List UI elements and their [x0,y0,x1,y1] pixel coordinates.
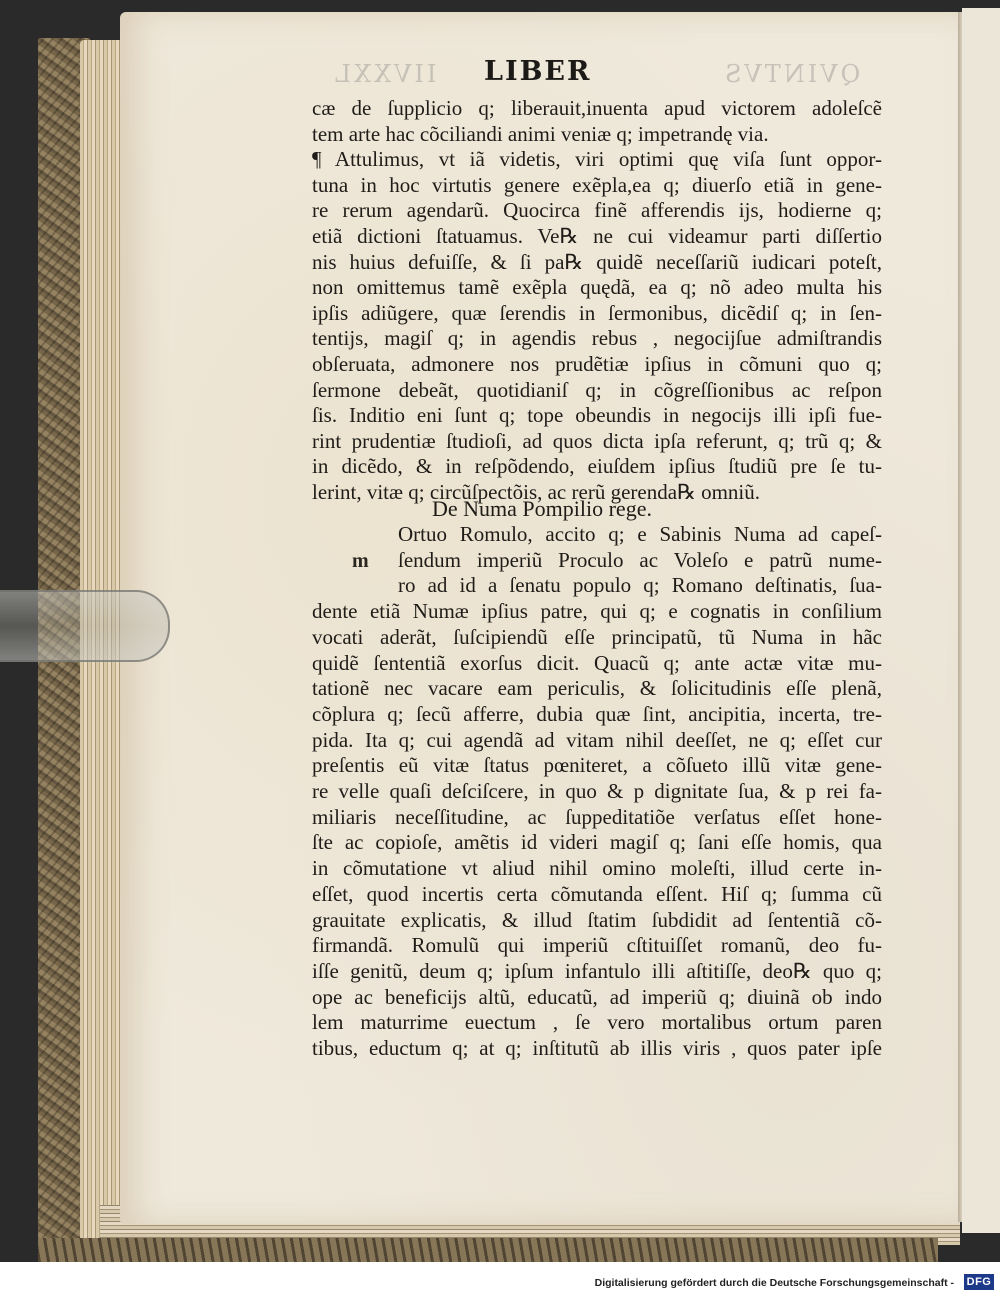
text-line: miliaris neceſſitudine, ac ſuppeditatiõe… [312,805,882,831]
text-block-2: Ortuo Romulo, accito q; e Sabinis Numa a… [312,522,882,1062]
text-line: firmandã. Romulũ qui imperiũ cſtituiſſet… [312,933,882,959]
text-line: ro ad id a ſenatu populo q; Romano deſti… [312,573,882,599]
text-line: cæ de ſupplicio q; liberauit,inuenta apu… [312,96,882,122]
text-line: in cõmutatione vt aliud nihil omino mole… [312,856,882,882]
text-line: rint prudentiæ ſtudioſi, ad quos dicta i… [312,429,882,455]
text-line: tentijs, magiſ q; in agendis rebus , neg… [312,326,882,352]
text-line: vocati aderãt, ſuſcipiendũ eſſe principa… [312,625,882,651]
text-line: lem maturrime euectum , ſe vero mortalib… [312,1010,882,1036]
text-line: non omittemus tamẽ exẽpla quędã, ea q; n… [312,275,882,301]
text-line: dente etiã Numæ ipſius patre, qui q; e c… [312,599,882,625]
text-line: quidẽ ſententiã exorſus dicit. Quacũ q; … [312,651,882,677]
text-line: tibus, eductum q; at q; inſtitutũ ab ill… [312,1036,882,1062]
text-line: grauitate explicatis, & illud ſtatim ſub… [312,908,882,934]
text-line: in dicẽdo, & in reſpõdendo, eiuſdem ipſi… [312,454,882,480]
book-scan: IIVXXL LIBER QVINTVS cæ de ſupplicio q; … [0,0,1000,1262]
text-line: preſentis eũ vitæ ſtatus pœniteret, a cõ… [312,753,882,779]
page-holder-clip [0,590,170,662]
show-through-folio: IIVXXL [332,60,436,88]
text-line: cõplura q; ſecũ afferre, dubia quæ ſint,… [312,702,882,728]
section-heading: De Numa Pompilio rege. [432,496,652,522]
text-line: Ortuo Romulo, accito q; e Sabinis Numa a… [312,522,882,548]
text-line: tem arte hac cõciliandi animi veniæ q; i… [312,122,882,148]
running-head-title: LIBER [484,56,591,87]
text-line: ¶ Attulimus, vt iã videtis, viri optimi … [312,147,882,173]
text-line: tuna in hoc virtutis genere exẽpla,ea q;… [312,173,882,199]
text-line: eſſet, quod incertis certa cõmutanda eſſ… [312,882,882,908]
text-line: iſſe genitũ, deum q; ipſum infantulo ill… [312,959,882,985]
recto-page-edge [962,8,1000,1233]
dfg-logo-icon: DFG [964,1274,994,1290]
text-line: ſendum imperiũ Proculo ac Voleſo e patrũ… [312,548,882,574]
funding-credit: Digitalisierung gefördert durch die Deut… [595,1277,954,1289]
show-through-head: QVINTVS [722,60,860,88]
text-line: nis huius defuiſſe, & ſi pa℞ quidẽ neceſ… [312,250,882,276]
text-line: pida. Ita q; cui agendã ad vitam nihil d… [312,728,882,754]
text-line: obſeruata, admonere nos prudẽtiæ ipſius … [312,352,882,378]
text-line: tationẽ nec vacare eam periculis, & ſoli… [312,676,882,702]
marbled-cover-bottom [38,1238,938,1262]
text-block-1: cæ de ſupplicio q; liberauit,inuenta apu… [312,96,882,506]
text-line: ope ac beneficijs altũ, educatũ, ad impe… [312,985,882,1011]
footer-bar: Digitalisierung gefördert durch die Deut… [0,1262,1000,1298]
text-line: ſermone debeãt, quotidianiſ q; in cõgreſ… [312,378,882,404]
text-line: ipſis adiũgere, quæ ſerendis in ſermonib… [312,301,882,327]
text-line: re rerum agendarũ. Quocirca finẽ afferen… [312,198,882,224]
text-line: ſis. Inditio eni ſunt q; tope obeundis i… [312,403,882,429]
text-line: etiã dictioni ſtatuamus. Ve℞ ne cui vide… [312,224,882,250]
running-head: IIVXXL LIBER QVINTVS [302,56,882,92]
text-line: ſte ac copioſe, amẽtis id videri magiſ q… [312,830,882,856]
text-line: re velle quaſi deſciſcere, in quo & p di… [312,779,882,805]
